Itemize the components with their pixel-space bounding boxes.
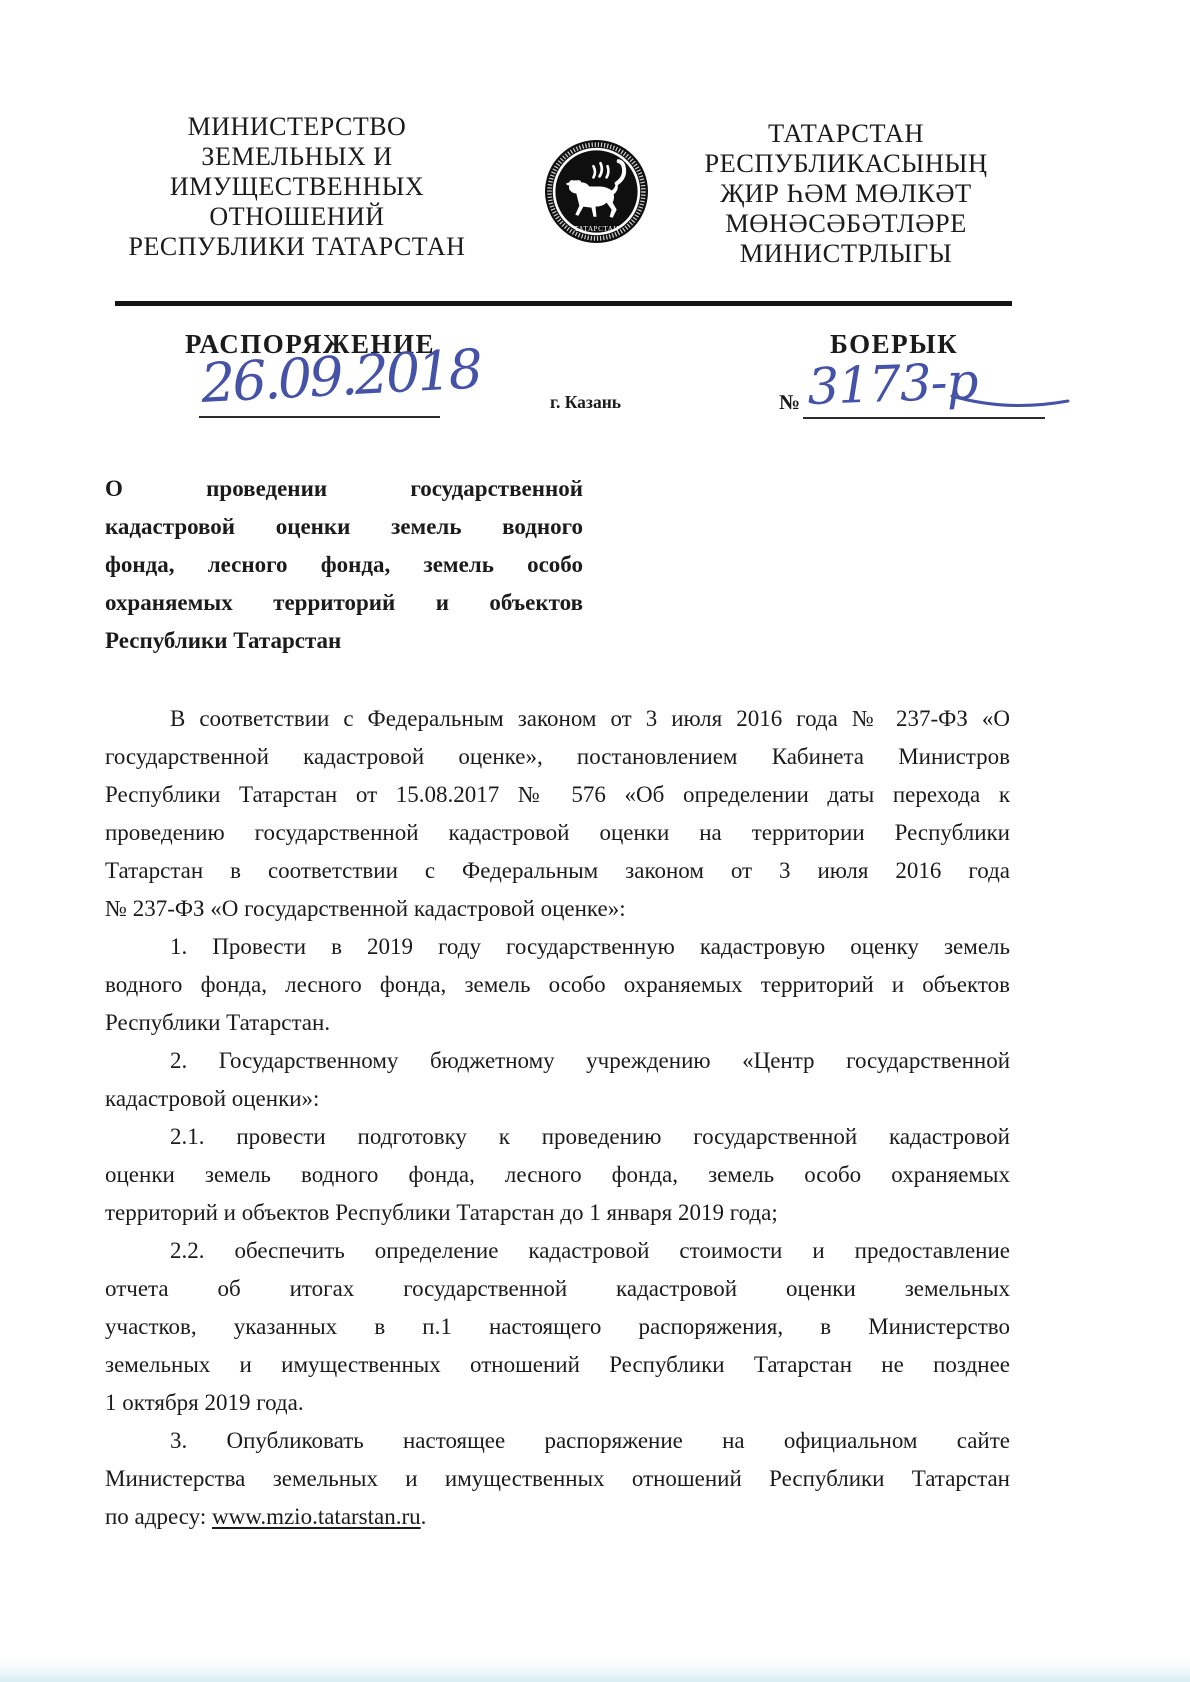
paragraph-item-3: 3. Опубликовать настоящее распоряжение н… [105, 1422, 1010, 1536]
ministry-name-russian-line: ЗЕМЕЛЬНЫХ И [108, 142, 486, 172]
paragraph-item-2-2: 2.2. обеспечить определение кадастровой … [105, 1232, 1010, 1422]
document-page: МИНИСТЕРСТВО ЗЕМЕЛЬНЫХ И ИМУЩЕСТВЕННЫХ О… [0, 0, 1190, 1682]
title-line: охраняемых территорий и объектов [105, 584, 583, 622]
body-line: В соответствии с Федеральным законом от … [105, 700, 1010, 738]
body-line: отчета об итогах государственной кадастр… [105, 1270, 1010, 1308]
url-prefix-text: по адресу: [105, 1504, 212, 1529]
ministry-name-tatar-line: ҖИР ҺӘМ МӨЛКӘТ [658, 178, 1034, 208]
place-city: г. Казань [550, 392, 621, 413]
title-line: кадастровой оценки земель водного [105, 508, 583, 546]
body-line: по адресу: www.mzio.tatarstan.ru. [105, 1498, 1010, 1536]
paragraph-item-2-1: 2.1. провести подготовку к проведению го… [105, 1118, 1010, 1232]
handwritten-date-ink: 26.09.2018 [196, 348, 451, 426]
title-line: Республики Татарстан [105, 622, 583, 660]
document-title: О проведении государственной кадастровой… [105, 470, 583, 660]
body-line: оценки земель водного фонда, лесного фон… [105, 1156, 1010, 1194]
paragraph-legal-basis: В соответствии с Федеральным законом от … [105, 700, 1010, 928]
title-line: фонда, лесного фонда, земель особо [105, 546, 583, 584]
body-line: 1 октября 2019 года. [105, 1384, 1010, 1422]
scan-edge-artifact [0, 1656, 1190, 1682]
header-divider-line [115, 301, 1012, 306]
number-underline [803, 417, 1045, 419]
seal-ring-label: ТАТАРСТАН [574, 225, 619, 233]
paragraph-item-1: 1. Провести в 2019 году государственную … [105, 928, 1010, 1042]
url-suffix-text: . [421, 1504, 427, 1529]
body-line: водного фонда, лесного фонда, земель осо… [105, 966, 1010, 1004]
ministry-name-russian-line: МИНИСТЕРСТВО [108, 112, 486, 142]
body-line: 3. Опубликовать настоящее распоряжение н… [105, 1422, 1010, 1460]
handwritten-number-ink: 3173-р [800, 352, 1080, 427]
ministry-name-tatar-line: ТАТАРСТАН [658, 118, 1034, 148]
website-url: www.mzio.tatarstan.ru [212, 1504, 421, 1529]
body-line: земельных и имущественных отношений Респ… [105, 1346, 1010, 1384]
body-line: Республики Татарстан. [105, 1004, 1010, 1042]
body-line: 1. Провести в 2019 году государственную … [105, 928, 1010, 966]
body-line: Министерства земельных и имущественных о… [105, 1460, 1010, 1498]
body-line: проведению государственной кадастровой о… [105, 814, 1010, 852]
body-line: Татарстан в соответствии с Федеральным з… [105, 852, 1010, 890]
body-line: территорий и объектов Республики Татарст… [105, 1194, 1010, 1232]
ministry-name-russian-line: РЕСПУБЛИКИ ТАТАРСТАН [108, 232, 486, 262]
ministry-name-tatar-line: МИНИСТРЛЫГЫ [658, 238, 1034, 268]
title-line: О проведении государственной [105, 470, 583, 508]
date-underline [199, 416, 440, 418]
number-sign: № [779, 390, 800, 415]
ministry-name-russian-line: ОТНОШЕНИЙ [108, 202, 486, 232]
tatarstan-coat-of-arms-seal-icon: ТАТАРСТАН [544, 139, 649, 244]
body-line: кадастровой оценки»: [105, 1080, 1010, 1118]
document-body: В соответствии с Федеральным законом от … [105, 700, 1010, 1536]
body-line: 2.1. провести подготовку к проведению го… [105, 1118, 1010, 1156]
handwritten-date-text: 26.09.2018 [198, 337, 483, 415]
body-line: государственной кадастровой оценке», пос… [105, 738, 1010, 776]
paragraph-item-2: 2. Государственному бюджетному учреждени… [105, 1042, 1010, 1118]
ministry-name-russian-line: ИМУЩЕСТВЕННЫХ [108, 172, 486, 202]
ministry-name-russian: МИНИСТЕРСТВО ЗЕМЕЛЬНЫХ И ИМУЩЕСТВЕННЫХ О… [108, 112, 486, 262]
body-line: Республики Татарстан от 15.08.2017 № 576… [105, 776, 1010, 814]
handwritten-number-text: 3173-р [806, 352, 978, 416]
body-line: 2. Государственному бюджетному учреждени… [105, 1042, 1010, 1080]
body-line: 2.2. обеспечить определение кадастровой … [105, 1232, 1010, 1270]
ministry-name-tatar-line: РЕСПУБЛИКАСЫНЫҢ [658, 148, 1034, 178]
body-line: участков, указанных в п.1 настоящего рас… [105, 1308, 1010, 1346]
ministry-name-tatar: ТАТАРСТАН РЕСПУБЛИКАСЫНЫҢ ҖИР ҺӘМ МӨЛКӘТ… [658, 118, 1034, 268]
body-line: № 237-ФЗ «О государственной кадастровой … [105, 890, 1010, 928]
ministry-name-tatar-line: МӨНӘСӘБӘТЛӘРЕ [658, 208, 1034, 238]
